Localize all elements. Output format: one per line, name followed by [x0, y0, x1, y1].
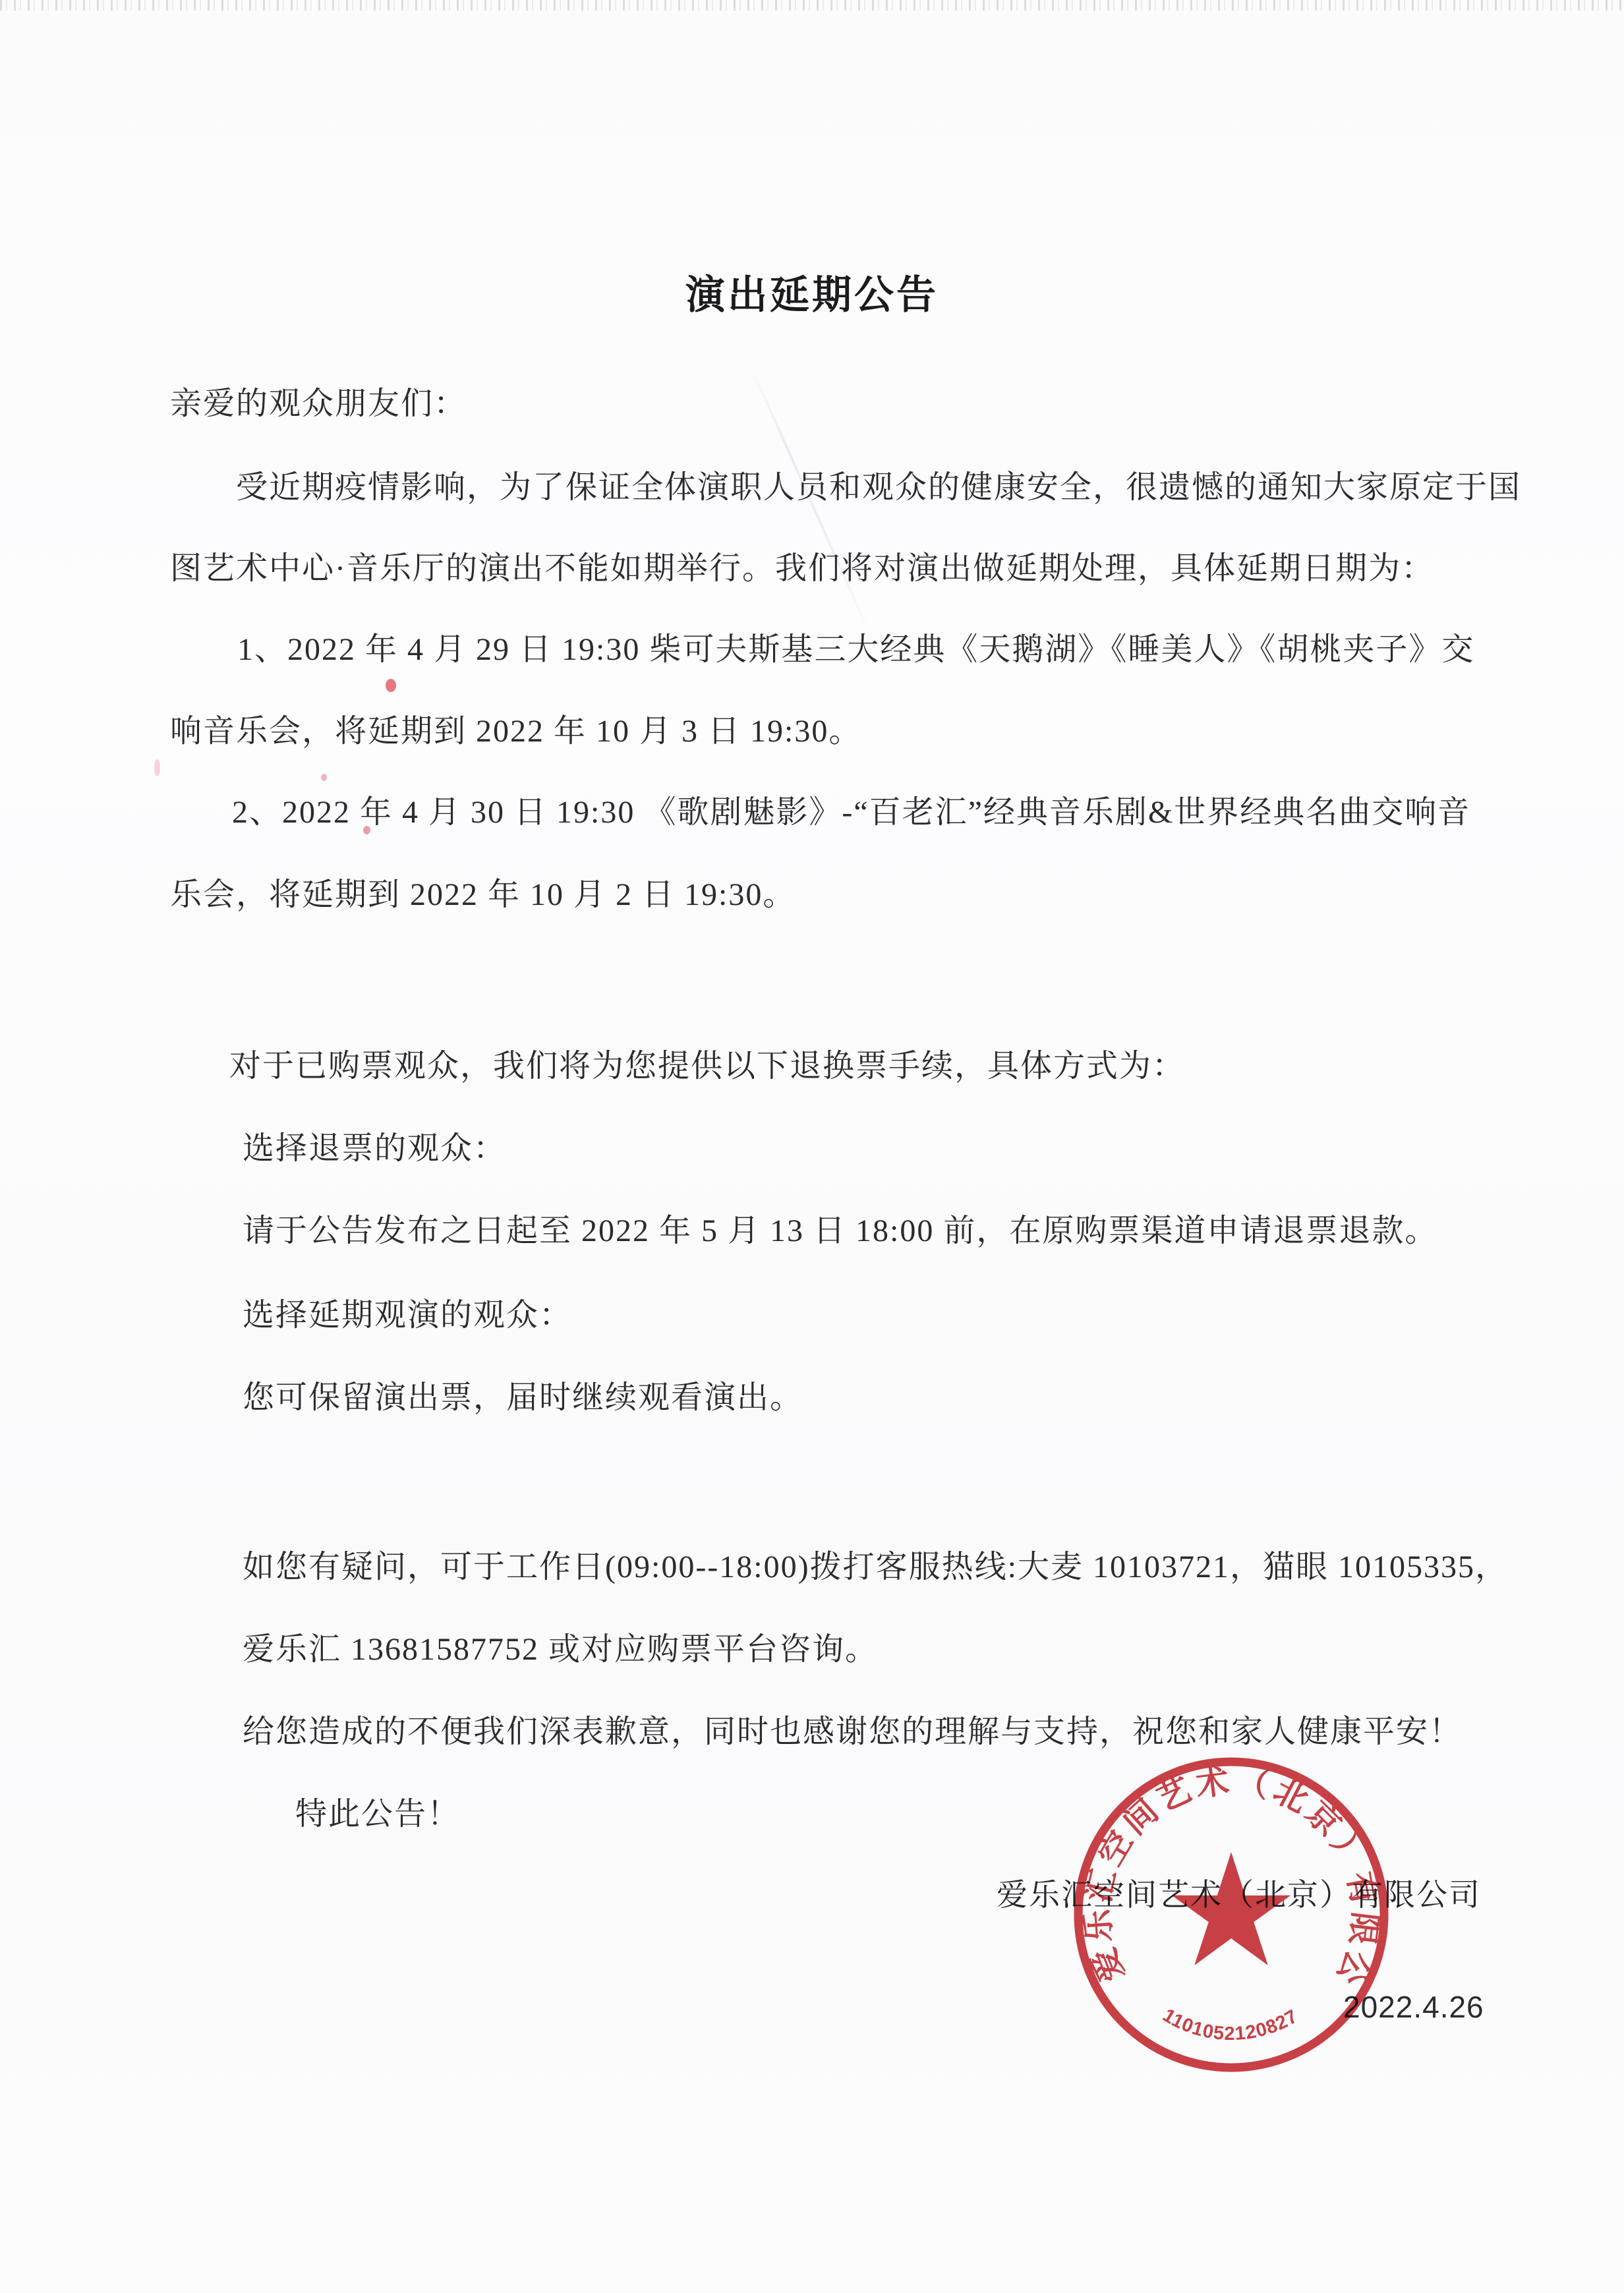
- text-line-10: 请于公告发布之日起至 2022 年 5 月 13 日 18:00 前，在原购票渠…: [243, 1213, 1437, 1249]
- text-line-16: 特此公告！: [295, 1796, 460, 1832]
- text-line-13: 如您有疑问，可于工作日(09:00--18:00)拨打客服热线:大麦 10103…: [243, 1549, 1508, 1585]
- seal-star-icon: [1172, 1852, 1291, 1965]
- scanner-edge-noise: [0, 0, 1624, 11]
- text-line-1: 亲爱的观众朋友们：: [170, 386, 467, 422]
- text-line-7: 乐会，将延期到 2022 年 10 月 2 日 19:30。: [170, 877, 796, 913]
- text-line-2: 受近期疫情影响，为了保证全体演职人员和观众的健康安全，很遗憾的通知大家原定于国: [236, 469, 1521, 506]
- text-line-3: 图艺术中心·音乐厅的演出不能如期举行。我们将对演出做延期处理，具体延期日期为：: [170, 550, 1434, 587]
- text-line-9: 选择退票的观众：: [243, 1130, 506, 1167]
- text-line-6: 2、2022 年 4 月 30 日 19:30 《歌剧魅影》-“百老汇”经典音乐…: [232, 794, 1470, 830]
- ink-speck-4: [154, 759, 160, 776]
- text-line-14: 爱乐汇 13681587752 或对应购票平台咨询。: [243, 1631, 878, 1668]
- scanned-announcement-page: 演出延期公告 亲爱的观众朋友们：受近期疫情影响，为了保证全体演职人员和观众的健康…: [0, 0, 1624, 2293]
- text-line-4: 1、2022 年 4 月 29 日 19:30 柴可夫斯基三大经典《天鹅湖》《睡…: [237, 631, 1474, 668]
- text-line-12: 您可保留演出票，届时继续观看演出。: [243, 1379, 803, 1416]
- text-line-11: 选择延期观演的观众：: [243, 1297, 572, 1333]
- ink-speck-3: [363, 826, 370, 834]
- text-line-15: 给您造成的不便我们深表歉意，同时也感谢您的理解与支持，祝您和家人健康平安！: [243, 1714, 1462, 1750]
- company-seal-stamp: 爱乐汇空间艺术（北京）有限公司 1101052120827: [1066, 1750, 1396, 2079]
- ink-speck-2: [321, 774, 327, 781]
- ink-speck-1: [386, 679, 396, 692]
- seal-number: 1101052120827: [1159, 2005, 1302, 2045]
- page-title: 演出延期公告: [0, 264, 1624, 320]
- text-line-8: 对于已购票观众，我们将为您提供以下退换票手续，具体方式为：: [229, 1048, 1185, 1084]
- text-line-5: 响音乐会，将延期到 2022 年 10 月 3 日 19:30。: [170, 713, 861, 749]
